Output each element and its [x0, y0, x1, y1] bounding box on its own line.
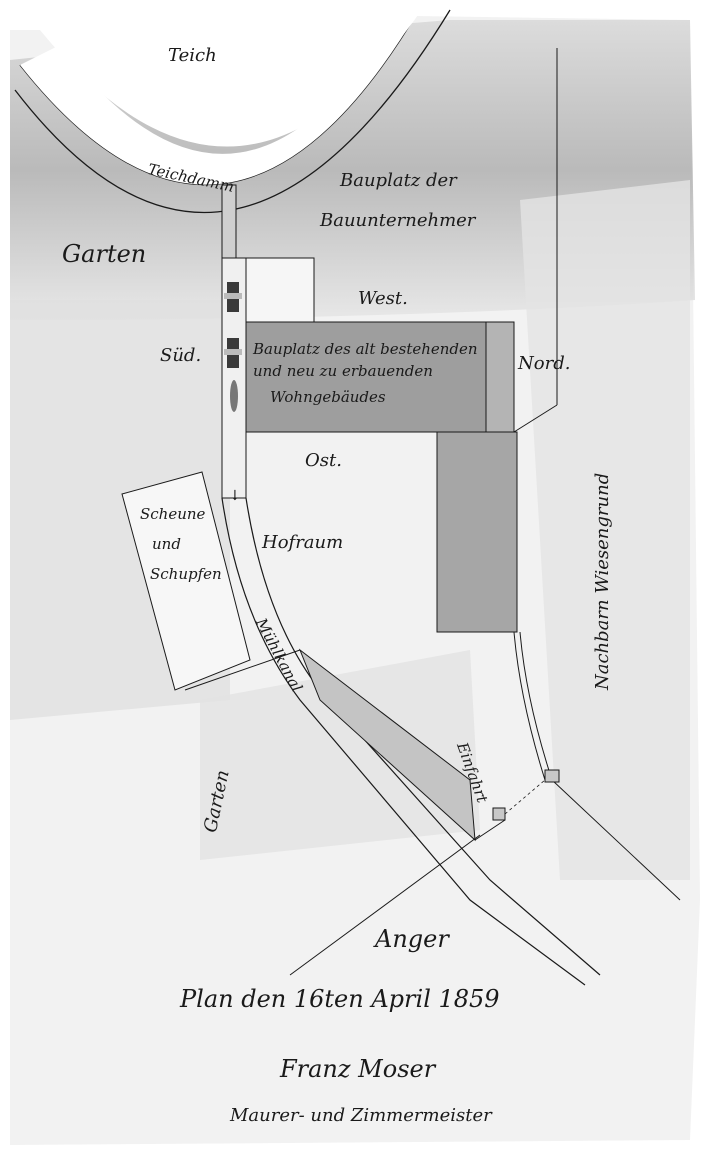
plan-title: Plan den 16ten April 1859	[180, 985, 500, 1013]
label-barn-2: und	[152, 535, 181, 553]
site-plan-map: ↓ Teich Teichdamm Bauplatz der Bauuntern…	[0, 0, 705, 1157]
label-west: West.	[358, 288, 408, 309]
label-yard: Hofraum	[262, 532, 343, 553]
label-main-building-2: und neu zu erbauenden	[253, 362, 433, 380]
label-site-lower: Bauunternehmer	[320, 210, 475, 231]
label-main-building-3: Wohngebäudes	[270, 388, 386, 406]
signature-name: Franz Moser	[280, 1055, 435, 1083]
label-south: Süd.	[160, 345, 201, 366]
label-barn-1: Scheune	[140, 505, 205, 523]
label-north: Nord.	[518, 353, 570, 374]
label-main-building-1: Bauplatz des alt bestehenden	[253, 340, 478, 358]
east-wing-building	[437, 432, 517, 632]
label-barn-3: Schupfen	[150, 565, 222, 583]
label-meadow: Anger	[375, 925, 449, 953]
signature-role: Maurer- und Zimmermeister	[230, 1105, 492, 1126]
label-site-upper: Bauplatz der	[340, 170, 457, 191]
label-pond: Teich	[168, 45, 217, 66]
svg-text:↓: ↓	[229, 488, 241, 504]
label-garden-left: Garten	[62, 240, 146, 268]
label-east: Ost.	[305, 450, 342, 471]
label-neighbour: Nachbarn Wiesengrund	[592, 473, 613, 690]
